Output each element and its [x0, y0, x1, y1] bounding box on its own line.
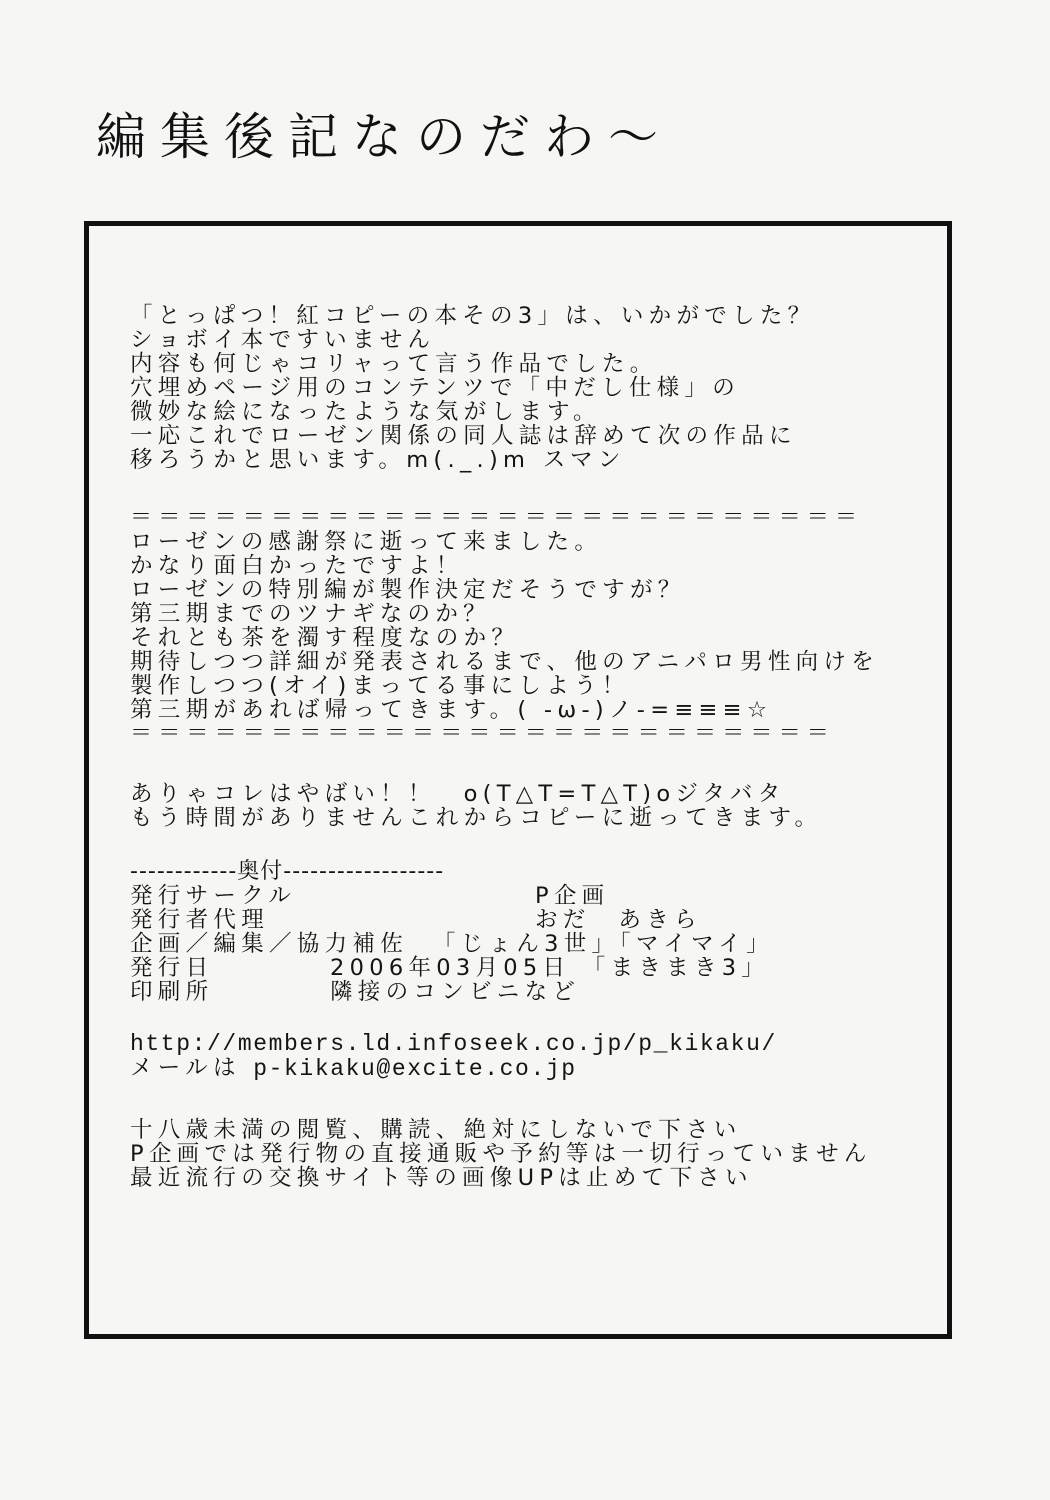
- colophon-value: 「じょん3世」「マイマイ」: [433, 931, 774, 957]
- event-line: ローゼンの感謝祭に逝って来ました。: [130, 530, 930, 554]
- event-section: ＝＝＝＝＝＝＝＝＝＝＝＝＝＝＝＝＝＝＝＝＝＝＝＝＝＝ ローゼンの感謝祭に逝って来…: [130, 506, 930, 746]
- colophon-label: 企画／編集／協力補佐: [130, 931, 408, 957]
- closing-section: ありゃコレはやばい！！ o(T△T=T△T)oジタバタ もう時間がありませんこれ…: [130, 782, 930, 830]
- intro-line: 穴埋めページ用のコンテンツで「中だし仕様」の: [130, 376, 930, 400]
- colophon-row: 印刷所 隣接のコンビニなど: [130, 980, 774, 1004]
- page-title: 編集後記なのだわ～: [96, 102, 672, 172]
- colophon-extra: 「まきまき3」: [583, 955, 769, 981]
- colophon-row: 企画／編集／協力補佐 「じょん3世」「マイマイ」: [130, 932, 774, 956]
- intro-line: 一応これでローゼン関係の同人誌は辞めて次の作品に: [130, 424, 930, 448]
- divider-top: ＝＝＝＝＝＝＝＝＝＝＝＝＝＝＝＝＝＝＝＝＝＝＝＝＝＝: [130, 506, 930, 530]
- notice-line: P企画では発行物の直接通販や予約等は一切行っていません: [130, 1142, 930, 1166]
- colophon-section: ------------奥付------------------ 発行サークル …: [130, 860, 930, 1004]
- notices-section: 十八歳未満の閲覧、購読、絶対にしないで下さい P企画では発行物の直接通販や予約等…: [130, 1118, 930, 1190]
- colophon-row: 発行サークル P企画: [130, 884, 774, 908]
- colophon-label: 発行サークル: [130, 884, 330, 908]
- intro-line: 微妙な絵になったような気がします。: [130, 400, 930, 424]
- colophon-row: 発行者代理 おだ あきら: [130, 908, 774, 932]
- contact-section: http://members.ld.infoseek.co.jp/p_kikak…: [130, 1032, 930, 1080]
- intro-line: 移ろうかと思います。m(._.)m スマン: [130, 448, 930, 472]
- colophon-label: 発行者代理: [130, 908, 330, 932]
- notice-line: 十八歳未満の閲覧、購読、絶対にしないで下さい: [130, 1118, 930, 1142]
- colophon-value: 隣接のコンビニなど: [330, 980, 774, 1004]
- colophon-row: 発行日 2006年03月05日 「まきまき3」: [130, 956, 774, 980]
- closing-line: もう時間がありませんこれからコピーに逝ってきます。: [130, 806, 930, 830]
- afterword-body: 「とっぱつ！紅コピーの本その3」は、いかがでした？ ショボイ本ですいません 内容…: [130, 304, 930, 1190]
- colophon-table: 発行サークル P企画 発行者代理 おだ あきら 企画／編集／協力補佐 「じょん3…: [130, 884, 774, 1004]
- email-link[interactable]: p-kikaku@excite.co.jp: [253, 1056, 576, 1082]
- event-line: ローゼンの特別編が製作決定だそうですが？: [130, 578, 930, 602]
- divider-bottom: ＝＝＝＝＝＝＝＝＝＝＝＝＝＝＝＝＝＝＝＝＝＝＝＝＝: [130, 722, 930, 746]
- intro-line: 「とっぱつ！紅コピーの本その3」は、いかがでした？: [130, 304, 930, 328]
- closing-line: ありゃコレはやばい！！ o(T△T=T△T)oジタバタ: [130, 782, 930, 806]
- event-line: 期待しつつ詳細が発表されるまで、他のアニパロ男性向けを: [130, 650, 930, 674]
- intro-section: 「とっぱつ！紅コピーの本その3」は、いかがでした？ ショボイ本ですいません 内容…: [130, 304, 930, 472]
- notice-line: 最近流行の交換サイト等の画像UPは止めて下さい: [130, 1166, 930, 1190]
- mail-label: メールは: [130, 1055, 241, 1081]
- event-line: 第三期までのツナギなのか？: [130, 602, 930, 626]
- colophon-heading: ------------奥付------------------: [130, 860, 930, 884]
- event-line: 第三期があれば帰ってきます。( -ω-)ノ-=≡≡≡☆: [130, 698, 930, 722]
- event-line: かなり面白かったですよ！: [130, 554, 930, 578]
- colophon-label: 印刷所: [130, 980, 330, 1004]
- intro-line: 内容も何じゃコリャって言う作品でした。: [130, 352, 930, 376]
- colophon-value: おだ あきら: [535, 908, 774, 932]
- event-line: それとも茶を濁す程度なのか？: [130, 626, 930, 650]
- colophon-label: 発行日: [130, 956, 330, 980]
- event-line: 製作しつつ(オイ)まってる事にしよう！: [130, 674, 930, 698]
- colophon-value: P企画: [535, 884, 774, 908]
- intro-line: ショボイ本ですいません: [130, 328, 930, 352]
- colophon-value: 2006年03月05日: [330, 955, 570, 981]
- website-link[interactable]: http://members.ld.infoseek.co.jp/p_kikak…: [130, 1032, 930, 1056]
